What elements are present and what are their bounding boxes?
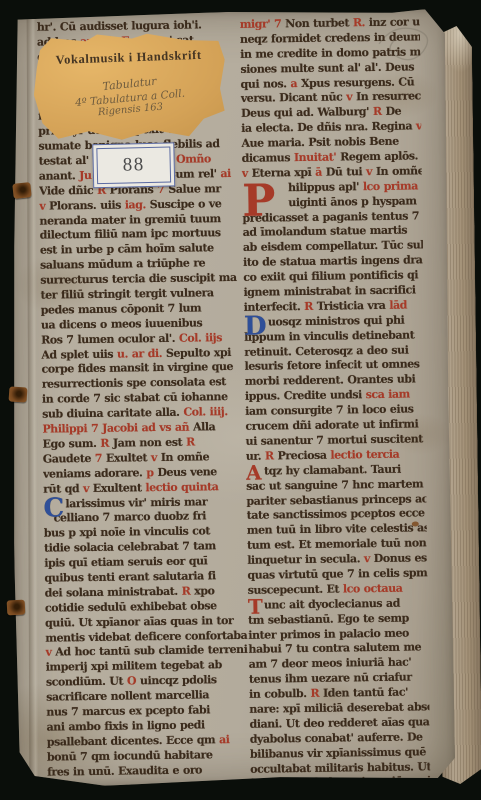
text-segment: iag. — [125, 198, 146, 211]
text-segment: imperij xpi militem tegebat ab — [46, 658, 222, 673]
text-segment: ab eisdem compellatur. Tūc sub — [243, 239, 428, 255]
text-segment: tqz hy clamabant. Tauri — [264, 462, 401, 477]
text-segment: Ad splet uiis — [41, 347, 117, 361]
text-segment: veniams adorare. — [43, 466, 146, 480]
text-segment: Vide dñic — [39, 184, 97, 198]
text-segment: neqz formidet credens in deum — [240, 30, 426, 46]
text-segment: Suscipe o ve — [146, 197, 222, 211]
shelfmark-number: 88 — [122, 154, 144, 176]
text-segment: R — [265, 449, 274, 462]
text-segment: ipis quī etiam seruis eor quī — [44, 554, 207, 569]
text-segment: ad īmolandum statue martis — [243, 224, 408, 239]
text-segment: Aue maria. Psit nobis Bene — [241, 135, 398, 150]
text-segment: inter primos in palacio meo — [248, 626, 409, 641]
text-segment: Non turbet — [281, 16, 353, 30]
text-segment: in cobulb. — [249, 687, 310, 701]
text-segment: saluans mūdum a triūphe re — [40, 257, 205, 272]
text-segment: Col. iiij. — [183, 405, 227, 419]
text-segment: psallebant dicentes. Ecce qm — [47, 733, 219, 748]
text-segment: R. — [353, 16, 365, 29]
text-segment: sub diuina caritate alla. — [42, 406, 183, 421]
text-segment: ia electa. De dñis nra. Regina — [241, 120, 416, 135]
text-segment: ui sanentur 7 mortui suscitent — [246, 432, 423, 447]
text-segment: In resurrect' — [352, 90, 428, 104]
text-segment: anant. — [39, 169, 80, 183]
text-segment: Col. iijs — [179, 331, 222, 345]
text-segment: Donus es — [370, 551, 427, 565]
text-segment: O — [127, 675, 136, 688]
text-segment: lco octaua — [343, 581, 403, 595]
text-segment: dyabolus conabat' auferre. De — [250, 730, 423, 745]
text-segment: nare: xpī miliciā deserebat absco — [249, 700, 430, 716]
text-segment: dei solana ministrabat. — [45, 585, 182, 600]
text-segment: R — [373, 105, 382, 118]
text-segment: diani. Ut deo redderet aīas quas — [249, 715, 430, 731]
leather-sewing-tab — [7, 600, 26, 616]
text-segment: bonū 7 qm iocundū habitare — [47, 748, 213, 763]
text-segment: lectio tercia — [330, 447, 399, 461]
text-segment: est in urbe p cām hoīm salute — [40, 242, 214, 257]
shelfmark-number-label: 88 — [92, 142, 175, 188]
text-segment: tm sebastianū. Ego te semp — [248, 611, 409, 626]
text-segment: Ad hoc tantū sub clamide terreni — [51, 643, 247, 659]
text-segment: Tristicia vra — [313, 299, 390, 313]
text-segment: Ros 7 lumen oculor al'. — [41, 331, 179, 346]
illuminated-initial: P — [242, 179, 275, 223]
text-segment: Exultent — [89, 481, 146, 495]
text-segment: ani ambo fixis in ligno pedi — [46, 718, 204, 733]
text-segment: tidie solacia celebrabat 7 tam — [44, 539, 216, 554]
text-segment: ter filiū stringit tergit vulnera — [40, 286, 213, 301]
text-segment: Dū tui — [322, 165, 366, 179]
shelfmark-label-inner-border: 88 — [96, 147, 171, 185]
archive-label-printed-title: Vokalmusik i Handskrift — [32, 47, 224, 69]
text-segment: Philippi 7 Jacobi ad vs añ — [42, 421, 193, 436]
text-segment: hr'. Cū audisset lugura ioh'i. — [37, 18, 202, 33]
text-segment: iam consurgite 7 in loco eius — [245, 403, 413, 418]
text-segment: am 7 deor meos iniuriā hac' — [249, 656, 412, 671]
text-segment: pedes manus cōponit 7 lum — [41, 301, 202, 316]
text-segment: R — [310, 687, 319, 700]
text-segment: uiginti ānos p hyspam — [288, 194, 416, 209]
text-segment: fres in unū. Exaudita e oro — [47, 763, 202, 778]
page-fold-crease — [27, 15, 39, 787]
text-segment: quiū. Ut xpīanor aīas quas in tor — [45, 614, 233, 630]
illuminated-initial: A — [246, 462, 261, 482]
text-line: fres in unū. Exaudita e oro — [47, 762, 249, 780]
text-segment: bus p xpi noīe in vinculis cot — [44, 525, 210, 540]
text-segment: Plorans. uiis — [45, 198, 125, 212]
text-segment: morbi redderent. Orantes ubi — [245, 373, 416, 388]
text-segment: Deus qui ad. Walburg' — [241, 105, 373, 120]
text-segment: men tuū in libro vite celestis ascōp — [247, 521, 431, 537]
text-segment: suscepecunt. Et — [248, 582, 343, 596]
text-segment: lco prima — [363, 179, 418, 193]
text-segment: ai — [219, 733, 230, 746]
text-segment: qui nos. — [241, 77, 291, 91]
text-segment: uosqz ministros qui phi — [268, 313, 405, 328]
text-segment: Xpus resurgens. Cū — [297, 75, 414, 90]
leather-sewing-tab — [8, 386, 27, 402]
text-segment: celliano 7 marco duobz fri — [54, 510, 206, 525]
text-segment: Jam non est — [109, 436, 186, 450]
text-segment: in corde 7 sic stabat cū iohanne — [42, 390, 228, 406]
text-segment: ippus. Credite undsi — [245, 388, 366, 403]
text-segment: u. ar di. — [117, 347, 162, 361]
text-segment: xpo — [190, 584, 214, 597]
text-segment: lectio quinta — [145, 480, 218, 494]
text-segment: quibus tenti erant salutaria fi — [44, 569, 215, 584]
text-segment: corpe fides mansit in virgine que — [41, 360, 233, 376]
text-segment: ai — [220, 167, 231, 180]
text-segment: lesuris fetore infecit ut omnes — [244, 358, 419, 373]
text-segment: Inuitat' — [294, 151, 337, 165]
text-segment: sac ut sanguine 7 hnc martem — [246, 477, 423, 492]
text-segment: migr' 7 — [240, 17, 282, 31]
text-segment: lād — [389, 298, 407, 311]
text-segment: habui 7 tu contra salutem me — [248, 641, 421, 656]
text-segment: Gaudete — [43, 452, 95, 466]
text-segment: neranda mater in gremiū tuum — [39, 212, 220, 228]
text-segment: cotidie sedulū exhibebat obse — [45, 599, 217, 614]
text-segment: linquetur in secula. — [247, 552, 364, 567]
text-segment: sca iam — [366, 388, 410, 402]
illuminated-initial: C — [43, 495, 64, 521]
text-segment: lippum in vinculis detinebant — [244, 328, 414, 343]
text-segment: bilibanus vir xpīanissimus quē — [250, 745, 426, 760]
illuminated-initial: T — [248, 596, 263, 616]
text-segment: hilippus apl' — [288, 180, 363, 194]
text-segment: retinuit. Ceterosqz a deo sui — [244, 343, 408, 358]
text-segment: in me credite in domo patris mei mā — [240, 45, 430, 61]
text-segment: quas virtutū que 7 in celis spm — [247, 566, 427, 582]
text-segment: crucem dñi adorate ut infirmi — [245, 417, 418, 432]
text-segment: surrecturus tercia die suscipit ma — [40, 271, 236, 287]
text-segment: co exiit qui filium pontificis qi — [243, 269, 418, 284]
text-segment: Ego sum. — [43, 437, 101, 451]
text-segment: dicamus — [242, 151, 294, 165]
text-segment: tenus ihm uezare nū criafur — [249, 671, 412, 686]
text-segment: ito de statua martis ingens dra — [243, 254, 422, 270]
text-segment: larissimus vir' miris mar — [65, 495, 207, 510]
leather-sewing-tab — [12, 182, 31, 199]
text-segment: R — [186, 435, 195, 448]
parchment-page: hr'. Cū audisset lugura ioh'i.ad hnc aud… — [7, 9, 456, 787]
text-segment: occultabat militaris habitus. Ut — [250, 760, 430, 776]
text-segment: Deus vene — [153, 465, 216, 479]
gothic-text-column-right: migr' 7 Non turbet R. inz cor uiuaneqz f… — [240, 15, 431, 779]
text-segment: sacrificare nollent marcellia — [46, 688, 209, 703]
illuminated-initial: D — [244, 313, 266, 339]
text-segment: dilectum filiū nam ipc mortuus — [40, 227, 221, 243]
text-segment: scondiūm. Ut — [46, 675, 127, 689]
text-segment: unc ait dyoclecianus ad — [264, 596, 400, 611]
manuscript-photo: hr'. Cū audisset lugura ioh'i.ad hnc aud… — [0, 0, 481, 800]
text-segment: Exultet — [102, 451, 151, 465]
text-segment: uincqz pdolis — [136, 673, 217, 687]
text-segment: versu. Dicant nūc — [241, 91, 347, 105]
text-segment: nus 7 marcus ex pcepto fabi — [46, 703, 210, 718]
text-segment: Regem aplōs. — [336, 149, 418, 163]
text-segment: R — [182, 584, 191, 597]
text-segment: v — [416, 120, 422, 133]
text-segment: Preciosa — [274, 448, 331, 462]
text-segment: ua dicens o meos iuuenibus — [41, 316, 202, 331]
text-segment: resurrectionis spe consolata est — [42, 375, 226, 391]
text-segment: ignem ministrabat in sacrifici — [243, 283, 415, 298]
text-segment: In omñem — [372, 164, 430, 178]
text-segment: tum est. Et memoriale tuū non de — [247, 536, 430, 552]
text-segment: Iden tantū fac' — [319, 686, 408, 700]
text-segment: De — [382, 105, 402, 118]
text-segment: mentis videbat deficere confortabat. — [45, 628, 249, 644]
text-segment: In omñe — [157, 450, 209, 464]
text-segment: Sepulto xpi — [162, 346, 231, 360]
text-segment: Alla — [193, 420, 215, 433]
text-segment: pariter sebastianus princeps ac ipa — [246, 491, 430, 507]
text-segment: Omño — [176, 152, 211, 165]
text-segment: tate sanctissimos pceptos ecce no — [247, 506, 431, 522]
text-segment: siones multe sunt al' al'. Deus — [240, 60, 414, 75]
